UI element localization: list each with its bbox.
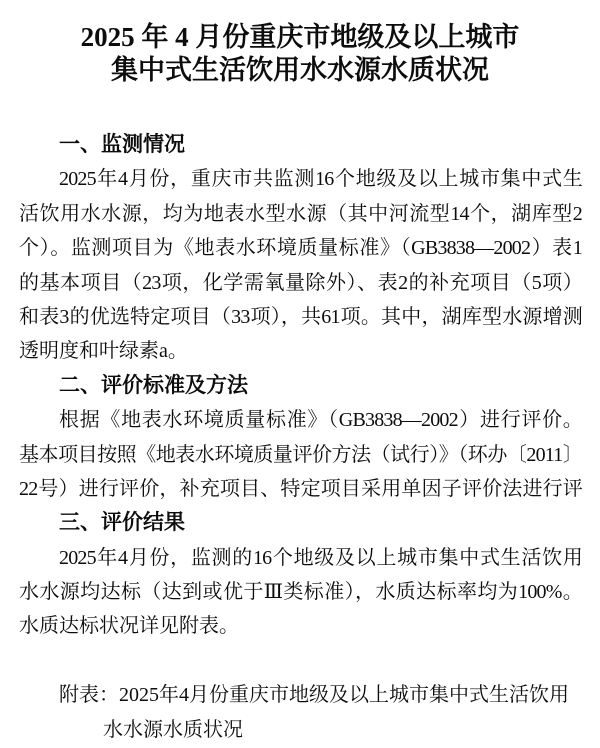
section-2-heading: 二、评价标准及方法 <box>19 369 582 403</box>
section-2-paragraph-line: 根据《地表水环境质量标准》（GB3838—2002）进行评价。 <box>19 403 582 437</box>
attachment-note-line-1: 附表：2025年4月份重庆市地级及以上城市集中式生活饮用 <box>19 678 582 712</box>
section-1-paragraph-line: 个）。监测项目为《地表水环境质量标准》（GB3838—2002）表1 <box>19 231 582 265</box>
attachment-note-line-2: 水水源水质状况 <box>19 713 582 747</box>
section-1-heading: 一、监测情况 <box>19 128 582 162</box>
section-3-heading: 三、评价结果 <box>19 506 582 540</box>
blank-spacer-line <box>19 644 582 678</box>
section-3-paragraph-line: 水水源均达标（达到或优于Ⅲ类标准），水质达标率均为100%。 <box>19 575 582 609</box>
section-2-paragraph-line: 基本项目按照《地表水环境质量评价方法（试行）》（环办〔2011〕 <box>19 438 582 472</box>
document-title-line-1: 2025 年 4 月份重庆市地级及以上城市 <box>0 21 600 54</box>
section-2-paragraph-line: 22号）进行评价，补充项目、特定项目采用单因子评价法进行评价。 <box>19 472 582 506</box>
document-title-line-2: 集中式生活饮用水水源水质状况 <box>0 54 600 87</box>
section-1-paragraph-line: 2025年4月份，重庆市共监测16个地级及以上城市集中式生 <box>19 162 582 196</box>
document-page: 2025 年 4 月份重庆市地级及以上城市 集中式生活饮用水水源水质状况 一、监… <box>0 0 600 748</box>
section-3-paragraph-line: 水质达标状况详见附表。 <box>19 609 582 643</box>
document-body: 一、监测情况 2025年4月份，重庆市共监测16个地级及以上城市集中式生 活饮用… <box>0 128 600 747</box>
section-1-paragraph-line: 的基本项目（23项，化学需氧量除外）、表2的补充项目（5项） <box>19 266 582 300</box>
section-1-paragraph-line: 和表3的优选特定项目（33项），共61项。其中，湖库型水源增测 <box>19 300 582 334</box>
section-1-paragraph-line: 活饮用水水源，均为地表水型水源（其中河流型14个，湖库型2 <box>19 197 582 231</box>
document-title: 2025 年 4 月份重庆市地级及以上城市 集中式生活饮用水水源水质状况 <box>0 0 600 87</box>
section-3-paragraph-line: 2025年4月份，监测的16个地级及以上城市集中式生活饮用 <box>19 541 582 575</box>
section-1-paragraph-line: 透明度和叶绿素a。 <box>19 334 582 368</box>
